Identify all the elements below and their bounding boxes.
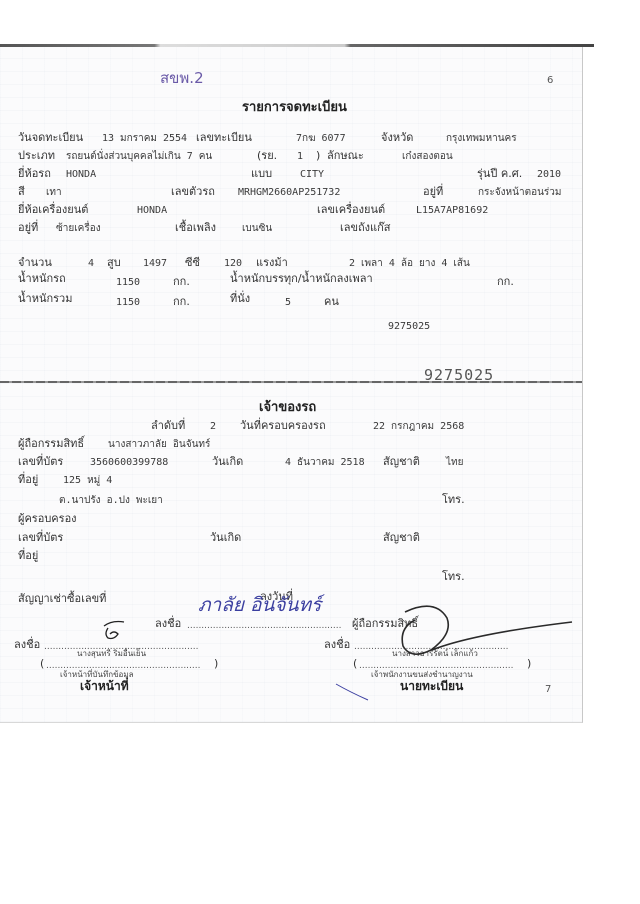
signature-strokes <box>0 0 640 904</box>
